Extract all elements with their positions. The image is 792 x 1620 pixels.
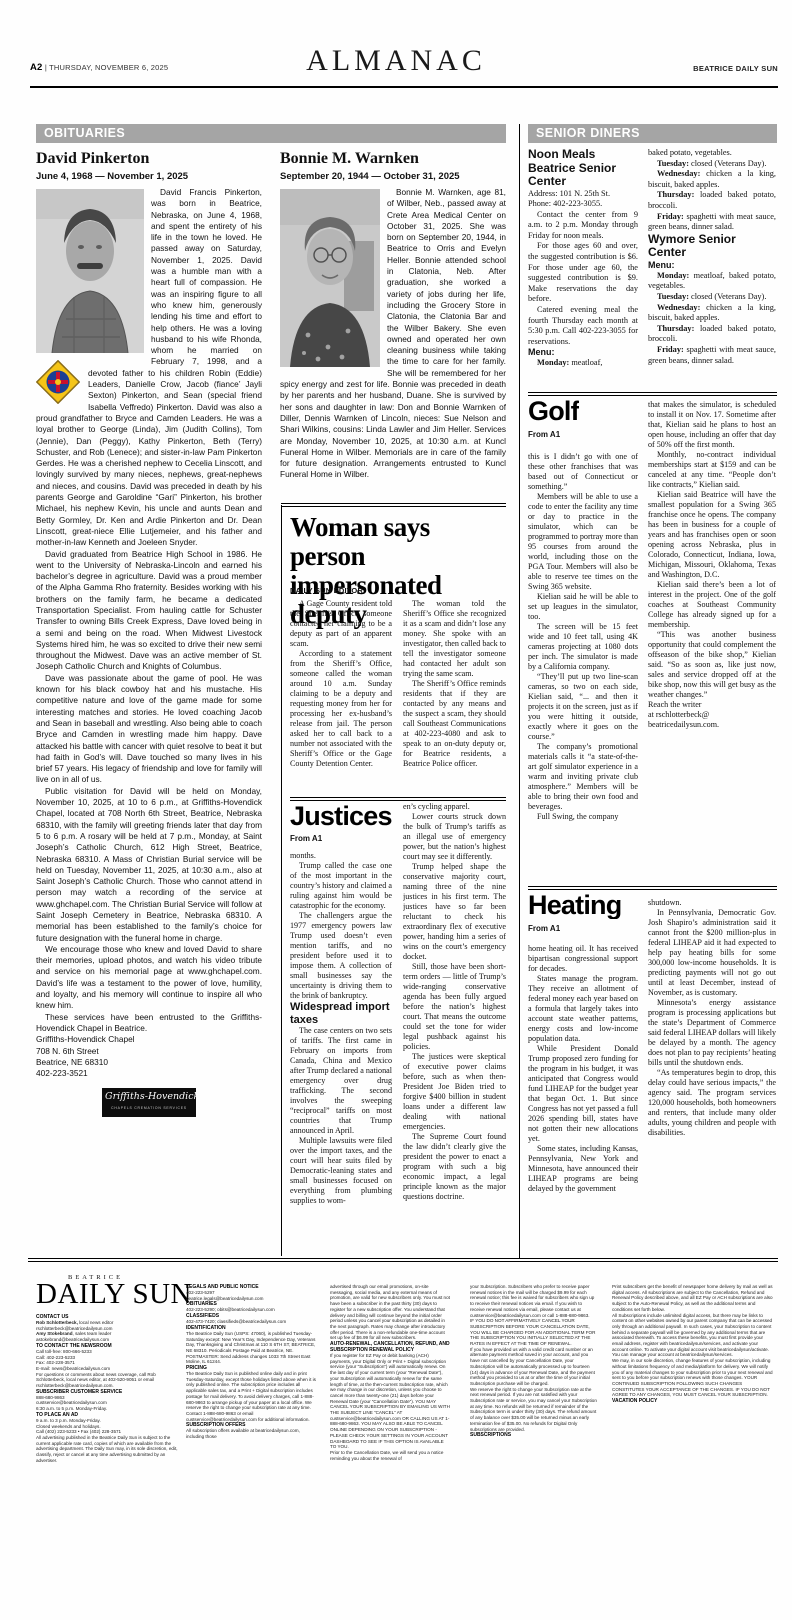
paragraph: shutdown. bbox=[648, 898, 776, 908]
paragraph: Reach the writer bbox=[648, 700, 776, 710]
paragraph: Thursday: loaded baked potato, broccoli. bbox=[648, 190, 776, 211]
paragraph: We encourage those who knew and loved Da… bbox=[36, 944, 262, 1012]
heating-column-1: home heating oil. It has received bipart… bbox=[528, 944, 638, 1254]
golf-column-2: that makes the simulator, is scheduled t… bbox=[648, 400, 776, 868]
sub-heading: SUBSCRIPTIONS bbox=[470, 1432, 598, 1438]
article-headline: Justices bbox=[290, 803, 392, 830]
footer-column-subscriptions: Print subscribers get the benefit of new… bbox=[612, 1284, 775, 1614]
paragraph: Multiple lawsuits were filed over the im… bbox=[290, 1136, 392, 1206]
article-left-rule bbox=[281, 505, 282, 1256]
sub-heading: VACATION POLICY bbox=[612, 1398, 775, 1404]
obituary-david-pinkerton: David Pinkerton June 4, 1968 — November … bbox=[36, 150, 262, 1256]
article-byline: DAILY SUN EDITOR bbox=[290, 586, 363, 595]
paragraph: IF YOU DO NOT AFFIRMATIVELY CANCEL YOUR … bbox=[470, 1318, 598, 1347]
section-label-senior-diners: SENIOR DINERS bbox=[528, 124, 777, 143]
paragraph: The case centers on two sets of tariffs.… bbox=[290, 1026, 392, 1136]
paragraph: The woman told the Sheriff’s Office she … bbox=[403, 599, 506, 679]
paragraph: We reserve the right to change your Subs… bbox=[470, 1387, 598, 1433]
paragraph: Tuesday: closed (Veterans Day). bbox=[648, 292, 776, 303]
bonnie-warnken-photo bbox=[280, 189, 380, 370]
knights-of-columbus-emblem bbox=[36, 360, 80, 407]
paragraph: All Subscriptions include unlimited digi… bbox=[612, 1313, 775, 1359]
paragraph: Tuesday: closed (Veterans Day). bbox=[648, 159, 776, 170]
paragraph: “As temperatures begin to drop, this del… bbox=[648, 1068, 776, 1138]
paragraph: Monday: meatloaf, bbox=[528, 358, 638, 369]
paragraph: In Pennsylvania, Democratic Gov. Josh Sh… bbox=[648, 908, 776, 998]
paragraph: Thursday: loaded baked potato, broccoli. bbox=[648, 324, 776, 345]
paragraph: The Beatrice Daily Sun is published onli… bbox=[186, 1371, 318, 1422]
paragraph: advertised through our email promotions,… bbox=[330, 1284, 450, 1341]
funeral-home-logo-name: Griffiths-Hovendick bbox=[105, 1091, 193, 1102]
article-headline: Golf bbox=[528, 398, 579, 425]
paragraph: Contact the center from 9 a.m. to 2 p.m.… bbox=[528, 210, 638, 242]
paragraph: at rschlotterbeck@ bbox=[648, 710, 776, 720]
paragraph: Full Swing, the company bbox=[528, 812, 638, 822]
deputy-column-2: The woman told the Sheriff’s Office she … bbox=[403, 599, 506, 795]
paragraph: Trump helped shape the conservative majo… bbox=[403, 862, 506, 962]
paragraph: Some states, including Kansas, Pennsylva… bbox=[528, 1144, 638, 1194]
paragraph: A Gage County resident told the Sheriff’… bbox=[290, 599, 392, 649]
continued-from-line: From A1 bbox=[528, 924, 560, 933]
paragraph: Still, those have been short-term orders… bbox=[403, 962, 506, 1052]
paragraph: Prior to the Cancellation Date, we will … bbox=[330, 1450, 450, 1461]
paragraph: Friday: spaghetti with meat sauce, green… bbox=[648, 212, 776, 233]
paragraph: Wednesday: chicken a la king, biscuit, b… bbox=[648, 303, 776, 324]
paragraph: For questions or comments about news cov… bbox=[36, 1372, 178, 1389]
obituary-dates: September 20, 1944 — October 31, 2025 bbox=[280, 170, 506, 183]
paragraph: While President Donald Trump proposed ze… bbox=[528, 1044, 638, 1144]
paragraph: The screen will be 15 feet wide and 10 f… bbox=[528, 622, 638, 672]
paragraph: Minnesota’s energy assistance program is… bbox=[648, 998, 776, 1068]
masthead-name: DAILY SUN bbox=[36, 1281, 196, 1308]
paper-name: BEATRICE DAILY SUN bbox=[578, 64, 778, 73]
paragraph: All subscription offers available at bea… bbox=[186, 1428, 318, 1439]
obituary-name: Bonnie M. Warnken bbox=[280, 150, 506, 168]
paragraph: The company’s promotional materials call… bbox=[528, 742, 638, 812]
page-number: A2 bbox=[30, 62, 43, 73]
paragraph: Catered evening meal the fourth Thursday… bbox=[528, 305, 638, 347]
paragraph: The justices were skeptical of executive… bbox=[403, 1052, 506, 1132]
daily-sun-masthead: BEATRICE DAILY SUN bbox=[36, 1274, 196, 1312]
funeral-home-logo: Griffiths-Hovendick CHAPELS CREMATION SE… bbox=[102, 1088, 196, 1117]
article-top-rule bbox=[290, 797, 506, 801]
paragraph: The Sheriff’s Office reminds residents t… bbox=[403, 679, 506, 769]
paragraph: The challengers argue the 1977 emergency… bbox=[290, 911, 392, 1001]
newspaper-page: ALMANAC A2 | THURSDAY, NOVEMBER 6, 2025 … bbox=[0, 0, 792, 1620]
page-number-date: A2 | THURSDAY, NOVEMBER 6, 2025 bbox=[30, 62, 168, 73]
paragraph: home heating oil. It has received bipart… bbox=[528, 944, 638, 974]
paragraph: David graduated from Beatrice High Schoo… bbox=[36, 549, 262, 673]
paragraph: baked potato, vegetables. bbox=[648, 148, 776, 159]
obituary-dates: June 4, 1968 — November 1, 2025 bbox=[36, 170, 262, 183]
paragraph: We may, in our sole discretion, change f… bbox=[612, 1358, 775, 1398]
paragraph: If you register for EZ Pay or debit bank… bbox=[330, 1353, 450, 1450]
paragraph: Wednesday: chicken a la king, biscuit, b… bbox=[648, 169, 776, 190]
paragraph: beatricedailysun.com. bbox=[648, 720, 776, 730]
obituary-bonnie-warnken: Bonnie M. Warnken September 20, 1944 — O… bbox=[280, 150, 506, 502]
paragraph: Address: 101 N. 25th St. bbox=[528, 189, 638, 200]
justices-column-1: months.Trump called the case one of the … bbox=[290, 851, 392, 1256]
paragraph: If you have provided us with a valid cre… bbox=[470, 1347, 598, 1387]
sub-heading: Wymore Senior Center bbox=[648, 233, 776, 260]
paragraph: According to a statement from the Sherif… bbox=[290, 649, 392, 769]
section-label-obituaries: OBITUARIES bbox=[36, 124, 506, 143]
footer-column-offers-policy: advertised through our email promotions,… bbox=[330, 1284, 450, 1614]
footer-column-contact: CONTACT USRob Schlotterbeck, local news … bbox=[36, 1314, 178, 1614]
paragraph: Dave was passionate about the game of po… bbox=[36, 673, 262, 786]
article-top-rule bbox=[281, 503, 506, 507]
paragraph: Members will be able to use a code to en… bbox=[528, 492, 638, 592]
footer-rule bbox=[28, 1258, 778, 1262]
paragraph: Public visitation for David will be held… bbox=[36, 786, 262, 944]
sub-heading: Noon Meals bbox=[528, 148, 638, 162]
paragraph: Lower courts struck down the bulk of Tru… bbox=[403, 812, 506, 862]
obituary-body: Bonnie M. Warnken, age 81, of Wilber, Ne… bbox=[280, 187, 506, 481]
header-rule bbox=[30, 86, 778, 88]
paragraph: Phone: 402-223-3055. bbox=[528, 199, 638, 210]
sub-heading: Menu: bbox=[648, 260, 776, 271]
paragraph: Print subscribers get the benefit of new… bbox=[612, 1284, 775, 1313]
article-headline: Heating bbox=[528, 892, 621, 919]
paragraph: These services have been entrusted to th… bbox=[36, 1012, 262, 1035]
david-pinkerton-photo bbox=[36, 189, 144, 356]
paragraph: en’s cycling apparel. bbox=[403, 802, 506, 812]
footer-column-departments: LEGALS AND PUBLIC NOTICE402-223-5297beat… bbox=[186, 1284, 318, 1614]
funeral-home-logo-subtext: CHAPELS CREMATION SERVICES bbox=[105, 1103, 193, 1114]
continued-from-line: From A1 bbox=[290, 834, 322, 843]
paragraph: Monthly, no-contract individual membersh… bbox=[648, 450, 776, 490]
sub-heading: Menu: bbox=[528, 347, 638, 358]
golf-column-1: this is I didn’t go with one of these ot… bbox=[528, 452, 638, 868]
senior-diners-column-2: baked potato, vegetables.Tuesday: closed… bbox=[648, 148, 776, 388]
paragraph: 402-223-3521 bbox=[36, 1068, 262, 1079]
paragraph: “This was another business opportunity t… bbox=[648, 630, 776, 700]
issue-date: | THURSDAY, NOVEMBER 6, 2025 bbox=[43, 63, 169, 72]
obituary-body: David Francis Pinkerton, was born in Bea… bbox=[36, 187, 262, 1117]
footer-column-renewal-terms: your Subscription. Subscribers who prefe… bbox=[470, 1284, 598, 1614]
article-top-rule bbox=[528, 392, 777, 396]
paragraph: months. bbox=[290, 851, 392, 861]
paragraph: States manage the program. They receive … bbox=[528, 974, 638, 1044]
paragraph: All advertising published in the Beatric… bbox=[36, 1435, 178, 1464]
paragraph: Friday: spaghetti with meat sauce, green… bbox=[648, 345, 776, 366]
sub-heading: AUTO-RENEWAL, CANCELLATION, REFUND, AND … bbox=[330, 1341, 450, 1353]
paragraph: The Beatrice Daily Sun (USPS: 47060), is… bbox=[186, 1331, 318, 1365]
main-column-divider bbox=[519, 124, 520, 1258]
paragraph: “They’ll put up two line-scan cameras, s… bbox=[528, 672, 638, 742]
paragraph: Trump called the case one of the most im… bbox=[290, 861, 392, 911]
paragraph: The Supreme Court found the law didn’t c… bbox=[403, 1132, 506, 1202]
paragraph: Kielian said he will be able to set up l… bbox=[528, 592, 638, 622]
paragraph: that makes the simulator, is scheduled t… bbox=[648, 400, 776, 450]
paragraph: Kielian said there’s been a lot of inter… bbox=[648, 580, 776, 630]
continued-from-line: From A1 bbox=[528, 430, 560, 439]
paragraph: For those ages 60 and over, the suggeste… bbox=[528, 241, 638, 305]
paragraph: Kielian said Beatrice will have the smal… bbox=[648, 490, 776, 580]
sub-heading: Widespread import taxes bbox=[290, 1001, 392, 1026]
paragraph: your Subscription. Subscribers who prefe… bbox=[470, 1284, 598, 1318]
justices-column-2: en’s cycling apparel.Lower courts struck… bbox=[403, 802, 506, 1256]
sub-heading: Beatrice Senior Center bbox=[528, 162, 638, 189]
paragraph: this is I didn’t go with one of these ot… bbox=[528, 452, 638, 492]
paragraph: 708 N. 6th Street bbox=[36, 1046, 262, 1057]
paragraph: Beatrice, NE 68310 bbox=[36, 1057, 262, 1068]
obituary-name: David Pinkerton bbox=[36, 150, 262, 168]
heating-column-2: shutdown.In Pennsylvania, Democratic Gov… bbox=[648, 898, 776, 1254]
paragraph: Monday: meatloaf, baked potato, vegetabl… bbox=[648, 271, 776, 292]
paragraph: Griffiths-Hovendick Chapel bbox=[36, 1034, 262, 1045]
deputy-column-1: A Gage County resident told the Sheriff’… bbox=[290, 599, 392, 795]
senior-diners-column-1: Noon MealsBeatrice Senior CenterAddress:… bbox=[528, 148, 638, 388]
article-top-rule bbox=[528, 886, 777, 890]
